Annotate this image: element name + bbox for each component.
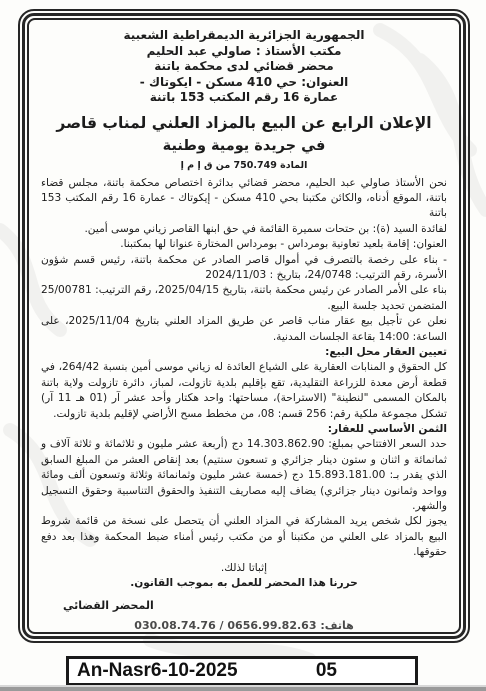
contact-block: هاتف: 0656.99.82.63 / 030.08.74.76 البري… xyxy=(41,618,447,634)
paragraph-address: العنوان: إقامة بلعيد تعاونية بومرداس - ب… xyxy=(41,237,447,252)
scanned-legal-notice-page: { "header": { "lines": [ "الجمهورية الجز… xyxy=(0,0,486,691)
letterhead-line-building: عمارة 16 رقم المكتب 153 باتنة xyxy=(41,90,447,106)
paragraph-participation: يجوز لكل شخص يريد المشاركة في المزاد الع… xyxy=(41,514,447,560)
paragraph-auction-date: نعلن عن تأجيل بيع عقار مناب قاصر عن طريق… xyxy=(41,314,447,345)
bailiff-signature-label: المحضر القضائي xyxy=(41,599,447,612)
letterhead-line-office: مكتب الأستاذ : صاولي عبد الحليم xyxy=(41,44,447,60)
paragraph-bailiff-intro: نحن الأستاذ صاولي عبد الحليم، محضر قضائي… xyxy=(41,176,447,222)
paragraph-closing: حررنا هذا المحضر للعمل به بموجب القانون. xyxy=(41,576,447,591)
page-content-area: الجمهورية الجزائرية الديمقراطية الشعبية … xyxy=(27,18,461,634)
page-border-frame-middle: الجمهورية الجزائرية الديمقراطية الشعبية … xyxy=(22,13,466,639)
notice-body: نحن الأستاذ صاولي عبد الحليم، محضر قضائي… xyxy=(41,176,447,592)
paragraph-authorization: - بناء على رخصة بالتصرف في أموال قاصر ال… xyxy=(41,253,447,284)
letterhead-line-address: العنوان: حي 410 مسكن - ايكوتاك - xyxy=(41,75,447,91)
journal-name-and-date: An-Nasr6-10-2025 xyxy=(77,660,238,682)
heading-base-price: الثمن الأساسي للعقار: xyxy=(41,422,447,437)
phone-numbers: هاتف: 0656.99.82.63 / 030.08.74.76 xyxy=(41,618,447,634)
paragraph-property-details: كل الحقوق و المنابات العقارية على الشياع… xyxy=(41,360,447,422)
page-border-frame: الجمهورية الجزائرية الديمقراطية الشعبية … xyxy=(18,9,470,643)
paragraph-court-order: بناء على الأمر الصادر عن رئيس محكمة باتن… xyxy=(41,283,447,314)
heading-property-designation: تعيين العقار محل البيع: xyxy=(41,345,447,360)
notice-subtitle: في جريدة يومية وطنية xyxy=(41,137,447,156)
notice-title: الإعلان الرابع عن البيع بالمزاد العلني ل… xyxy=(41,113,447,133)
scan-edge-dark xyxy=(0,687,486,691)
legal-article-reference: المادة 750.749 من ق إ م إ xyxy=(41,159,447,172)
letterhead-line-bailiff: محضر قضائي لدى محكمة باتنة xyxy=(41,59,447,75)
letterhead-line-republic: الجمهورية الجزائرية الديمقراطية الشعبية xyxy=(41,28,447,44)
journal-publication-stamp: An-Nasr6-10-2025 05 xyxy=(66,656,418,686)
journal-page-number: 05 xyxy=(316,660,337,682)
letterhead: الجمهورية الجزائرية الديمقراطية الشعبية … xyxy=(41,28,447,106)
paragraph-attestation: إثباتا لذلك. xyxy=(41,561,447,576)
paragraph-beneficiary: لفائدة السيد (ة): بن حتحات سميرة القائمة… xyxy=(41,222,447,237)
paragraph-price-details: حدد السعر الافتتاحي بمبلغ: 14.303.862.90… xyxy=(41,437,447,514)
